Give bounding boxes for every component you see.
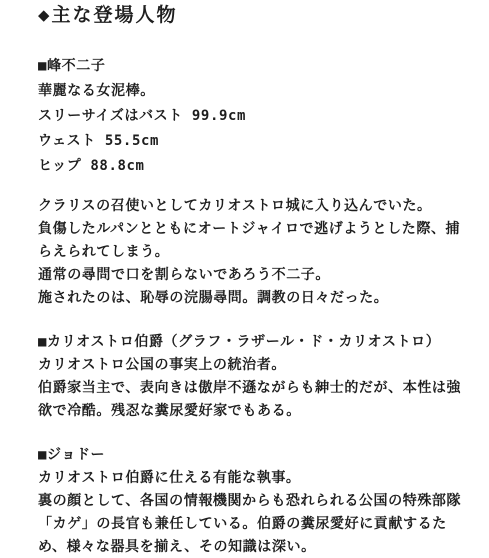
document-page: ◆主な登場人物 ■峰不二子 華麗なる女泥棒。 スリーサイズはバスト 99.9cm…	[0, 0, 489, 558]
text-line: クラリスの召使いとしてカリオストロ城に入り込んでいた。	[38, 195, 469, 218]
blank-line	[38, 179, 469, 195]
blank-line	[38, 423, 469, 444]
text-line: ヒップ 88.8cm	[38, 154, 469, 179]
character-section-jodo: ■ジョドー カリオストロ伯爵に仕える有能な執事。 裏の顔として、各国の情報機関か…	[38, 444, 469, 558]
text-line: 施されたのは、恥辱の浣腸尋問。調教の日々だった。	[38, 287, 469, 310]
text-line: 華麗なる女泥棒。	[38, 79, 469, 104]
character-section-fujiko: ■峰不二子 華麗なる女泥棒。 スリーサイズはバスト 99.9cm ウェスト 55…	[38, 54, 469, 310]
text-line: カリオストロ伯爵に仕える有能な執事。	[38, 467, 469, 490]
text-line: 裏の顔として、各国の情報機関からも恐れられる公国の特殊部隊	[38, 490, 469, 513]
text-line: 「カゲ」の長官も兼任している。伯爵の糞尿愛好に貢献するた	[38, 513, 469, 536]
text-line: らえられてしまう。	[38, 241, 469, 264]
text-line: め、様々な器具を揃え、その知識は深い。	[38, 536, 469, 558]
text-line: 伯爵家当主で、表向きは傲岸不遜ながらも紳士的だが、本性は強	[38, 377, 469, 400]
text-line: カリオストロ公国の事実上の統治者。	[38, 354, 469, 377]
section-heading-jodo: ■ジョドー	[38, 444, 469, 467]
blank-line	[38, 310, 469, 331]
text-line: 通常の尋問で口を割らないであろう不二子。	[38, 264, 469, 287]
text-line: 欲で冷酷。残忍な糞尿愛好家でもある。	[38, 400, 469, 423]
text-line: ウェスト 55.5cm	[38, 129, 469, 154]
page-title: ◆主な登場人物	[38, 2, 469, 29]
section-heading-cagliostro-count: ■カリオストロ伯爵（グラフ・ラザール・ド・カリオストロ）	[38, 331, 469, 354]
text-line: スリーサイズはバスト 99.9cm	[38, 104, 469, 129]
section-heading-fujiko: ■峰不二子	[38, 54, 469, 79]
character-section-cagliostro-count: ■カリオストロ伯爵（グラフ・ラザール・ド・カリオストロ） カリオストロ公国の事実…	[38, 331, 469, 423]
text-line: 負傷したルパンとともにオートジャイロで逃げようとした際、捕	[38, 218, 469, 241]
